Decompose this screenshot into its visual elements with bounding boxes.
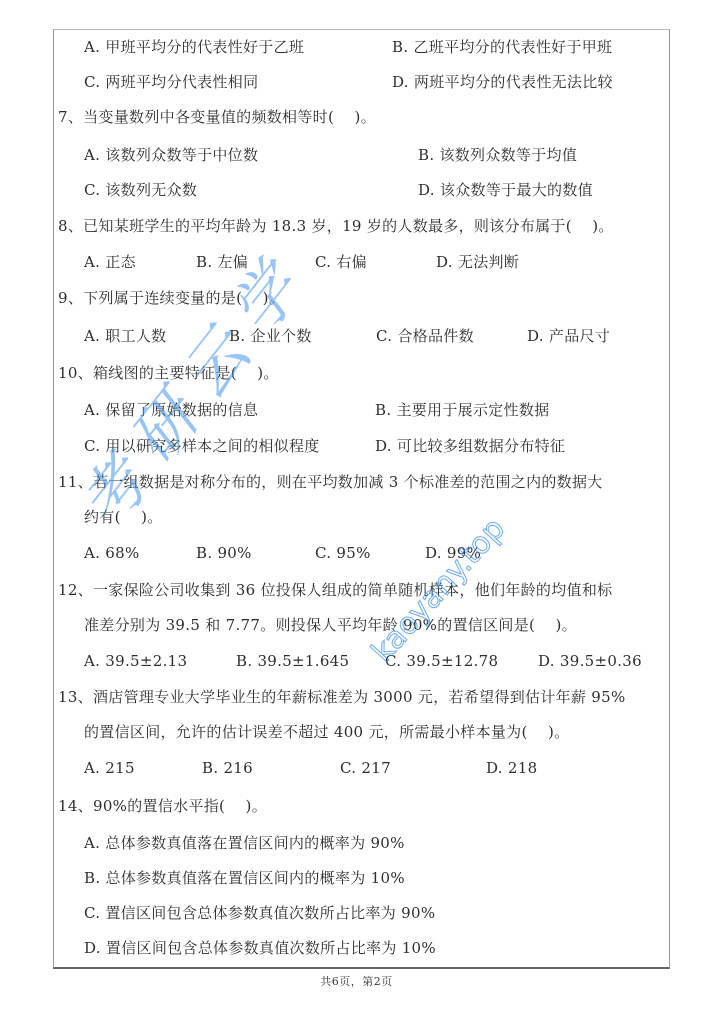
q11-option-b: B. 90% [196,543,252,563]
q8-option-a: A. 正态 [84,252,136,272]
exam-page-frame [53,29,670,969]
q14-option-a: A. 总体参数真值落在置信区间内的概率为 90% [84,833,405,853]
q10-option-b: B. 主要用于展示定性数据 [375,400,549,420]
question-10-stem: 10、箱线图的主要特征是( )。 [58,363,279,383]
q6-option-d: D. 两班平均分的代表性无法比较 [392,72,613,92]
question-7-stem: 7、当变量数列中各变量值的频数相等时( )。 [58,107,376,127]
question-11-stem: 11、若一组数据是对称分布的，则在平均数加减 3 个标准差的范围之内的数据大 [58,472,603,492]
question-12-stem: 12、一家保险公司收集到 36 位投保人组成的简单随机样本，他们年龄的均值和标 [58,580,612,600]
question-14-stem: 14、90%的置信水平指( )。 [58,796,267,816]
q14-option-d: D. 置信区间包含总体参数真值次数所占比率为 10% [84,938,436,958]
q13-option-b: B. 216 [202,758,253,778]
page-number-footer: 共6页，第2页 [0,973,713,989]
question-9-stem: 9、下列属于连续变量的是( )。 [58,288,284,308]
q9-option-d: D. 产品尺寸 [527,326,610,346]
q12-option-d: D. 39.5±0.36 [538,651,642,671]
q9-option-a: A. 职工人数 [84,326,166,346]
q11-option-c: C. 95% [315,543,371,563]
q11-option-a: A. 68% [84,543,140,563]
q6-option-c: C. 两班平均分代表性相同 [84,72,258,92]
question-13-stem-cont: 的置信区间，允许的估计误差不超过 400 元，所需最小样本量为( )。 [84,722,569,742]
q14-option-c: C. 置信区间包含总体参数真值次数所占比率为 90% [84,903,435,923]
q13-option-a: A. 215 [84,758,135,778]
q7-option-a: A. 该数列众数等于中位数 [84,145,258,165]
q11-option-d: D. 99% [425,543,481,563]
q12-option-c: C. 39.5±12.78 [385,651,498,671]
question-13-stem: 13、酒店管理专业大学毕业生的年薪标准差为 3000 元，若希望得到估计年薪 9… [58,687,626,707]
question-8-stem: 8、已知某班学生的平均年龄为 18.3 岁，19 岁的人数最多，则该分布属于( … [58,216,614,236]
q8-option-b: B. 左偏 [196,252,248,272]
q9-option-b: B. 企业个数 [229,326,312,346]
q7-option-c: C. 该数列无众数 [84,180,197,200]
q13-option-c: C. 217 [340,758,391,778]
q7-option-d: D. 该众数等于最大的数值 [418,180,593,200]
q8-option-c: C. 右偏 [315,252,367,272]
q12-option-a: A. 39.5±2.13 [84,651,187,671]
question-11-stem-cont: 约有( )。 [84,507,163,527]
q9-option-c: C. 合格品件数 [376,326,474,346]
q14-option-b: B. 总体参数真值落在置信区间内的概率为 10% [84,868,405,888]
q6-option-a: A. 甲班平均分的代表性好于乙班 [84,37,304,57]
q10-option-c: C. 用以研究多样本之间的相似程度 [84,436,320,456]
q13-option-d: D. 218 [486,758,537,778]
q12-option-b: B. 39.5±1.645 [236,651,349,671]
q10-option-a: A. 保留了原始数据的信息 [84,400,258,420]
q8-option-d: D. 无法判断 [436,252,519,272]
question-12-stem-cont: 准差分别为 39.5 和 7.77。则投保人平均年龄 90%的置信区间是( )。 [84,615,577,635]
q6-option-b: B. 乙班平均分的代表性好于甲班 [392,37,612,57]
q7-option-b: B. 该数列众数等于均值 [418,145,577,165]
q10-option-d: D. 可比较多组数据分布特征 [375,436,565,456]
